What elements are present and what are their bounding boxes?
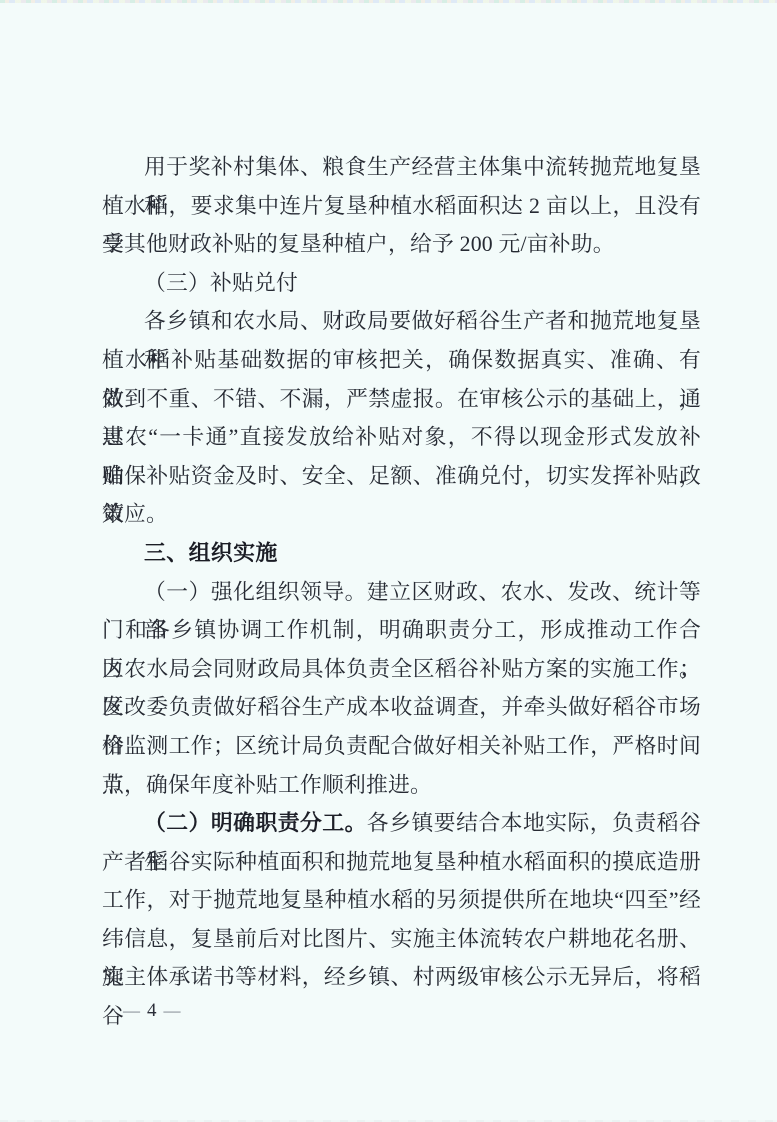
page-number: —4— [116,998,188,1023]
text-line: 各乡镇和农水局、财政局要做好稻谷生产者和抛荒地复垦种 [102,302,701,341]
text-line: 点，确保年度补贴工作顺利推进。 [102,766,701,805]
page-number-right-dash: — [157,1001,188,1020]
text-line: 用于奖补村集体、粮食生产经营主体集中流转抛荒地复垦种 [102,148,701,187]
page-number-left-dash: — [116,1001,147,1020]
text-line: 门和各乡镇协调工作机制，明确职责分工，形成推动工作合力。 [102,611,701,650]
text-line: 做到不重、不错、不漏，严禁虚报。在审核公示的基础上，通过 [102,380,701,419]
text-line: 受其他财政补贴的复垦种植户，给予 200 元/亩补助。 [102,225,701,264]
text-line: 工作，对于抛荒地复垦种植水稻的另须提供所在地块“四至”经 [102,881,701,920]
page-number-value: 4 [147,1000,157,1021]
text-segment: 产者稻谷实际种植面积和抛荒地复垦种植水稻面积的摸底造册 [102,850,701,874]
scan-noise-strip-top [0,0,777,3]
text-line: 确保补贴资金及时、安全、足额、准确兑付，切实发挥补贴政策 [102,457,701,496]
text-line: 植水稻，要求集中连片复垦种植水稻面积达 2 亩以上，且没有享 [102,187,701,226]
text-line: 格监测工作；区统计局负责配合做好相关补贴工作，严格时间节 [102,727,701,766]
text-line: （三）补贴兑付 [102,264,701,303]
text-line: 纬信息，复垦前后对比图片、实施主体流转农户耕地花名册、实 [102,920,701,959]
text-line: 产者稻谷实际种植面积和抛荒地复垦种植水稻面积的摸底造册 [102,843,701,882]
text-segment-bold: （二）明确职责分工。 [144,811,367,835]
text-segment: 点，确保年度补贴工作顺利推进。 [102,773,432,797]
text-line: 施主体承诺书等材料，经乡镇、村两级审核公示无异后，将稻谷 [102,958,701,997]
text-line: （二）明确职责分工。各乡镇要结合本地实际，负责稻谷生 [102,804,701,843]
text-line: 效应。 [102,495,701,534]
text-segment: 工作，对于抛荒地复垦种植水稻的另须提供所在地块“四至”经 [102,888,701,912]
text-segment-bold: 三、组织实施 [144,540,278,565]
text-column: 用于奖补村集体、粮食生产经营主体集中流转抛荒地复垦种植水稻，要求集中连片复垦种植… [102,148,701,997]
text-line: 发改委负责做好稻谷生产成本收益调查，并牵头做好稻谷市场价 [102,688,701,727]
document-page: 用于奖补村集体、粮食生产经营主体集中流转抛荒地复垦种植水稻，要求集中连片复垦种植… [0,0,777,1122]
text-segment: 受其他财政补贴的复垦种植户，给予 200 元/亩补助。 [102,232,615,256]
text-segment: 施主体承诺书等材料，经乡镇、村两级审核公示无异后，将稻谷 [102,965,701,1028]
text-line: 植水稻补贴基础数据的审核把关，确保数据真实、准确、有效， [102,341,701,380]
text-line: （一）强化组织领导。建立区财政、农水、发改、统计等部 [102,573,701,612]
text-line: 惠农“一卡通”直接发放给补贴对象，不得以现金形式发放补贴， [102,418,701,457]
section-heading: 三、组织实施 [102,534,701,573]
text-line: 区农水局会同财政局具体负责全区稻谷补贴方案的实施工作；区 [102,650,701,689]
text-segment: （三）补贴兑付 [144,271,298,295]
text-segment: 效应。 [102,502,168,526]
